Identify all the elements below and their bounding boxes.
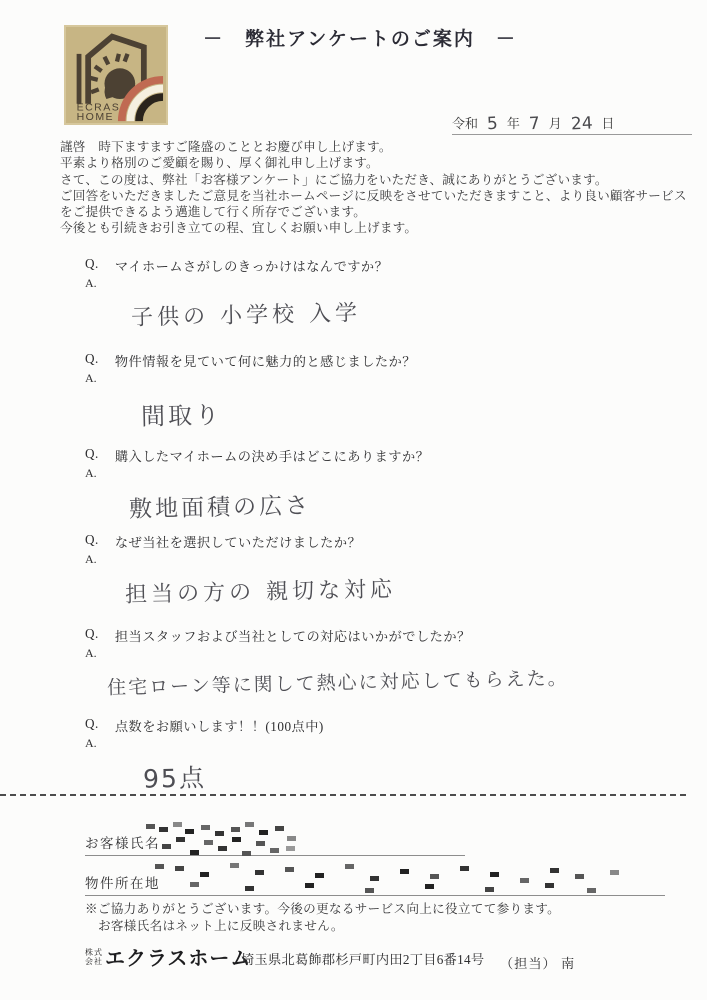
customer-name-label: お客様氏名 <box>85 832 160 852</box>
house-sun-logo-icon: ECRAS HOME <box>66 27 166 123</box>
qa-block-1: Q. マイホームさがしのきっかけはなんですか？ A. 子供の 小学校 入学 <box>85 256 685 326</box>
q-label: Q. <box>85 351 99 370</box>
date-day-handwritten: 24 <box>570 113 593 134</box>
question-text: 点数をお願いします！！(100点中) <box>115 716 324 735</box>
redacted-customer-name <box>146 824 155 829</box>
greeting-line: さて、この度は、弊社「お客様アンケート」にご協力をいただき、誠にありがとうござい… <box>60 172 692 188</box>
company-name: エクラスホーム <box>105 942 251 971</box>
date-era: 令和 <box>452 113 478 132</box>
property-location-label: 物件所在地 <box>85 872 160 892</box>
qa-block-5: Q. 担当スタッフおよび当社としての対応はいかがでしたか？ A. 住宅ローン等に… <box>85 626 685 694</box>
question-text: 担当スタッフおよび当社としての対応はいかがでしたか？ <box>115 626 471 645</box>
handwritten-answer: 敷地面積の広さ <box>129 479 686 524</box>
note-line: お客様氏名はネット上に反映されません。 <box>98 918 560 935</box>
greeting-line: 今後とも引続きお引き立ての程、宜しくお願い申し上げます。 <box>60 220 692 236</box>
handwritten-answer: 95点 <box>143 748 686 795</box>
note-line: ※ご協力ありがとうございます。今後の更なるサービス向上に役立てて参ります。 <box>85 901 560 918</box>
question-text: 物件情報を見ていて何に魅力的と感じましたか？ <box>115 351 416 370</box>
a-label: A. <box>85 466 685 481</box>
q-label: Q. <box>85 716 99 735</box>
footer-notes: ※ご協力ありがとうございます。今後の更なるサービス向上に役立てて参ります。 お客… <box>85 901 560 935</box>
handwritten-answer: 住宅ローン等に関して熱心に対応してもらえた。 <box>107 661 685 700</box>
greeting-line: をご提供できるよう邁進して行く所存でございます。 <box>60 204 692 220</box>
scanned-survey-document: ECRAS HOME － 弊社アンケートのご案内 － 令和 5 年 7 月 24… <box>0 0 707 1000</box>
greeting-line: ご回答をいただきましたご意見を当社ホームページに反映をさせていただきますこと、よ… <box>60 188 692 204</box>
q-label: Q. <box>85 626 99 645</box>
a-label: A. <box>85 552 685 567</box>
question-text: なぜ当社を選択していただけましたか？ <box>115 532 361 551</box>
date-month-suffix: 月 <box>549 113 562 132</box>
company-logo: ECRAS HOME <box>64 25 168 125</box>
handwritten-answer: 子供の 小学校 入学 <box>131 289 686 332</box>
company-address: 埼玉県北葛飾郡杉戸町内田2丁目6番14号 <box>241 949 484 968</box>
q-label: Q. <box>85 446 99 465</box>
a-label: A. <box>85 736 685 751</box>
question-text: マイホームさがしのきっかけはなんですか？ <box>115 256 388 275</box>
dashed-separator <box>0 794 686 796</box>
customer-name-field: お客様氏名 <box>85 820 465 856</box>
question-text: 購入したマイホームの決め手はどこにありますか？ <box>115 446 430 465</box>
staff-in-charge: （担当） 南 <box>500 953 575 972</box>
qa-block-3: Q. 購入したマイホームの決め手はどこにありますか？ A. 敷地面積の広さ <box>85 446 685 518</box>
a-label: A. <box>85 646 685 661</box>
date-line: 令和 5 年 7 月 24 日 <box>452 103 692 135</box>
logo-brand-line2: HOME <box>77 111 114 123</box>
company-footer: 株式 会社 エクラスホーム 埼玉県北葛飾郡杉戸町内田2丁目6番14号 （担当） … <box>85 942 645 978</box>
a-label: A. <box>85 371 685 386</box>
qa-block-2: Q. 物件情報を見ていて何に魅力的と感じましたか？ A. 間取り <box>85 351 685 426</box>
a-label: A. <box>85 276 685 291</box>
greeting-line: 謹啓 時下ますますご隆盛のこととお慶び申し上げます。 <box>60 139 692 155</box>
date-day-suffix: 日 <box>601 113 614 132</box>
date-year-suffix: 年 <box>507 113 520 132</box>
redacted-property-location <box>155 864 164 869</box>
q-label: Q. <box>85 532 99 551</box>
company-prefix: 株式 会社 <box>85 949 103 966</box>
qa-block-4: Q. なぜ当社を選択していただけましたか？ A. 担当の方の 親切な対応 <box>85 532 685 603</box>
qa-block-6: Q. 点数をお願いします！！(100点中) A. 95点 <box>85 716 685 790</box>
date-month-handwritten: 7 <box>528 114 540 135</box>
q-label: Q. <box>85 256 99 275</box>
handwritten-answer: 担当の方の 親切な対応 <box>125 566 686 609</box>
date-year-handwritten: 5 <box>486 114 498 135</box>
company-prefix-bottom: 会社 <box>85 958 103 967</box>
handwritten-answer: 間取り <box>141 385 686 431</box>
greeting-line: 平素より格別のご愛顧を賜り、厚く御礼申し上げます。 <box>60 155 692 171</box>
greeting-paragraph: 謹啓 時下ますますご隆盛のこととお慶び申し上げます。 平素より格別のご愛顧を賜り… <box>60 139 692 237</box>
page-title: － 弊社アンケートのご案内 － <box>170 24 550 51</box>
property-location-field: 物件所在地 <box>85 860 665 896</box>
